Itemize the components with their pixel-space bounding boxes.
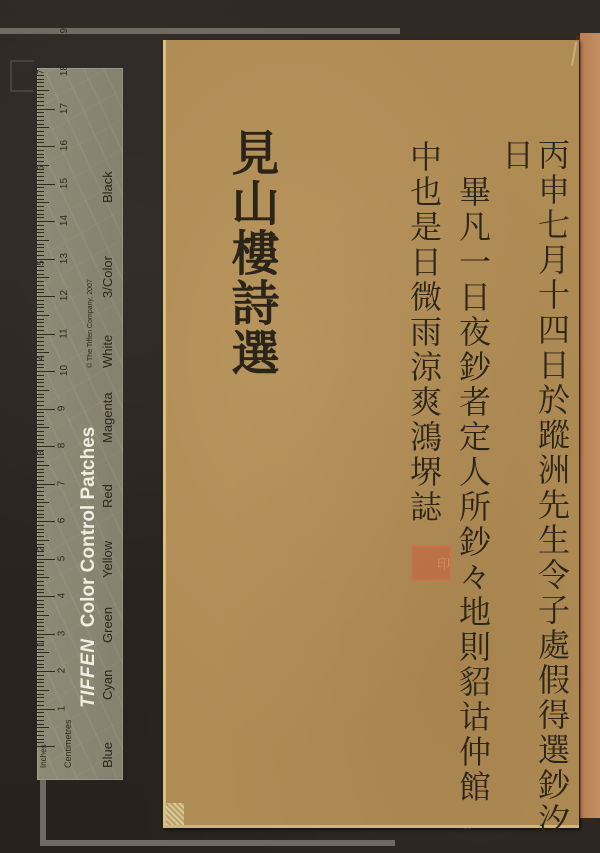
- book-corner-wear: [166, 803, 184, 825]
- tiffen-logo: TIFFEN: [78, 639, 99, 709]
- ruler-unit-cm: Centimetres: [63, 719, 73, 768]
- inscription-column-1: 丙申七月十四日於蹤洲先生令子處假得選鈔汐日: [498, 138, 570, 853]
- ruler-cm-label: 16: [59, 140, 70, 151]
- ruler-color-label: Green: [100, 607, 115, 643]
- seal-text: 印: [414, 548, 448, 578]
- ruler-cm-label: 1: [56, 705, 67, 711]
- ruler-cm-label: 9: [56, 405, 67, 411]
- ruler-inch-label: 6: [36, 165, 46, 170]
- ruler-cm-label: 19: [59, 27, 70, 38]
- ruler-color-label: 3/Color: [100, 256, 115, 298]
- ruler-inch-label: 7: [36, 70, 46, 75]
- ruler-cm-label: 12: [59, 290, 70, 301]
- ruler-color-label: Black: [100, 171, 115, 203]
- ruler-color-label: Magenta: [100, 392, 115, 443]
- ruler-cm-label: 15: [59, 177, 70, 188]
- ruler-title: Color Control Patches: [78, 427, 99, 628]
- ruler-color-label: White: [100, 335, 115, 368]
- frame-corner-mark: [10, 60, 34, 92]
- ruler-cm-label: 14: [59, 215, 70, 226]
- ruler-inch-label: 4: [36, 355, 46, 360]
- book-corner-crease: [563, 42, 577, 66]
- ruler-cm-labels: 12345678910111213141516171819: [55, 68, 75, 780]
- ruler-cm-label: 5: [56, 555, 67, 561]
- ruler-color-label: Yellow: [100, 541, 115, 578]
- ruler-cm-label: 4: [56, 593, 67, 599]
- frame-left-line: [40, 770, 46, 842]
- ruler-inch-label: 5: [36, 260, 46, 265]
- ruler-cm-label: 10: [59, 365, 70, 376]
- color-control-ruler: 1234567 12345678910111213141516171819 In…: [37, 68, 123, 780]
- inscription-column-3: 中也是日微雨涼爽鴻堺誌: [406, 140, 442, 525]
- ruler-inch-label: 3: [36, 451, 46, 456]
- book-title: 見山樓詩選: [215, 128, 279, 378]
- ruler-color-label: Blue: [100, 742, 115, 768]
- ruler-unit-inches: Inches: [39, 744, 48, 768]
- ruler-cm-label: 13: [59, 252, 70, 263]
- ruler-cm-label: 2: [56, 668, 67, 674]
- ruler-inch-label: 2: [36, 546, 46, 551]
- red-seal-stamp: 印: [411, 545, 451, 581]
- ruler-inch-labels: 1234567: [37, 68, 57, 780]
- ruler-cm-label: 3: [56, 630, 67, 636]
- inscription-column-2: 畢凡一日夜鈔者定人所鈔々地則貂诂仲館: [455, 175, 491, 805]
- ruler-cm-label: 11: [59, 328, 70, 338]
- ruler-cm-label: 18: [59, 65, 70, 76]
- ruler-cm-label: 8: [56, 443, 67, 449]
- ruler-color-label: Cyan: [100, 670, 115, 700]
- ruler-copyright: © The Tiffen Company, 2007: [87, 279, 94, 368]
- ruler-cm-label: 6: [56, 518, 67, 524]
- ruler-cm-label: 17: [59, 102, 70, 113]
- adjacent-page-edge: [580, 33, 600, 818]
- ruler-color-label: Red: [100, 484, 115, 508]
- ruler-cm-label: 7: [56, 480, 67, 486]
- frame-bottom-line: [40, 840, 395, 846]
- ruler-inch-label: 1: [36, 641, 46, 646]
- ruler-brand-title: TIFFEN Color Control Patches: [78, 427, 100, 708]
